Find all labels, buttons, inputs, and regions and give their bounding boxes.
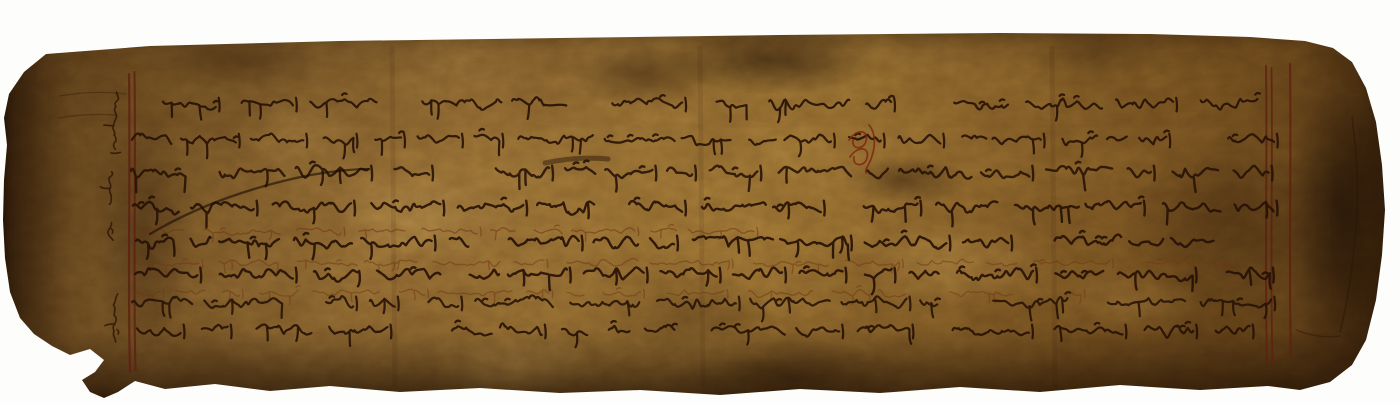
script-line [132, 292, 1275, 321]
paper-texture [0, 0, 1400, 403]
margin-rule-right [1290, 64, 1291, 358]
damage-mark [1296, 330, 1340, 337]
fold-crease [1052, 48, 1055, 385]
marginalia-note [105, 294, 119, 342]
script-line [132, 129, 1278, 158]
script-line [135, 264, 1274, 294]
marginalia-note [100, 172, 113, 240]
manuscript-photo [0, 0, 1400, 403]
damage-mark [58, 92, 126, 118]
margin-rule-left [129, 74, 130, 372]
damage-mark [545, 158, 608, 163]
script-line [133, 197, 1278, 228]
manuscript-script-layer [0, 0, 1400, 403]
marginalia-script [104, 92, 121, 153]
damage-mark [1340, 118, 1357, 332]
script-line [163, 93, 1260, 122]
script-line [136, 231, 1214, 260]
interlinear-gloss-line [134, 286, 1085, 305]
fold-crease [392, 48, 395, 385]
damage-mark [150, 169, 369, 234]
manuscript-folio [0, 0, 1400, 403]
ornament-mark [849, 125, 874, 173]
script-line [137, 321, 1254, 348]
margin-rule-right [1266, 66, 1267, 362]
interlinear-gloss-line [136, 258, 1238, 274]
script-line [131, 161, 1273, 193]
marginalia-script [105, 294, 119, 342]
interlinear-gloss-line [140, 224, 758, 242]
marginalia-script [100, 172, 113, 240]
margin-rule-left [134, 72, 135, 370]
margin-rule-right [1271, 68, 1272, 360]
fold-crease [700, 48, 703, 385]
marginalia-note [104, 92, 121, 153]
